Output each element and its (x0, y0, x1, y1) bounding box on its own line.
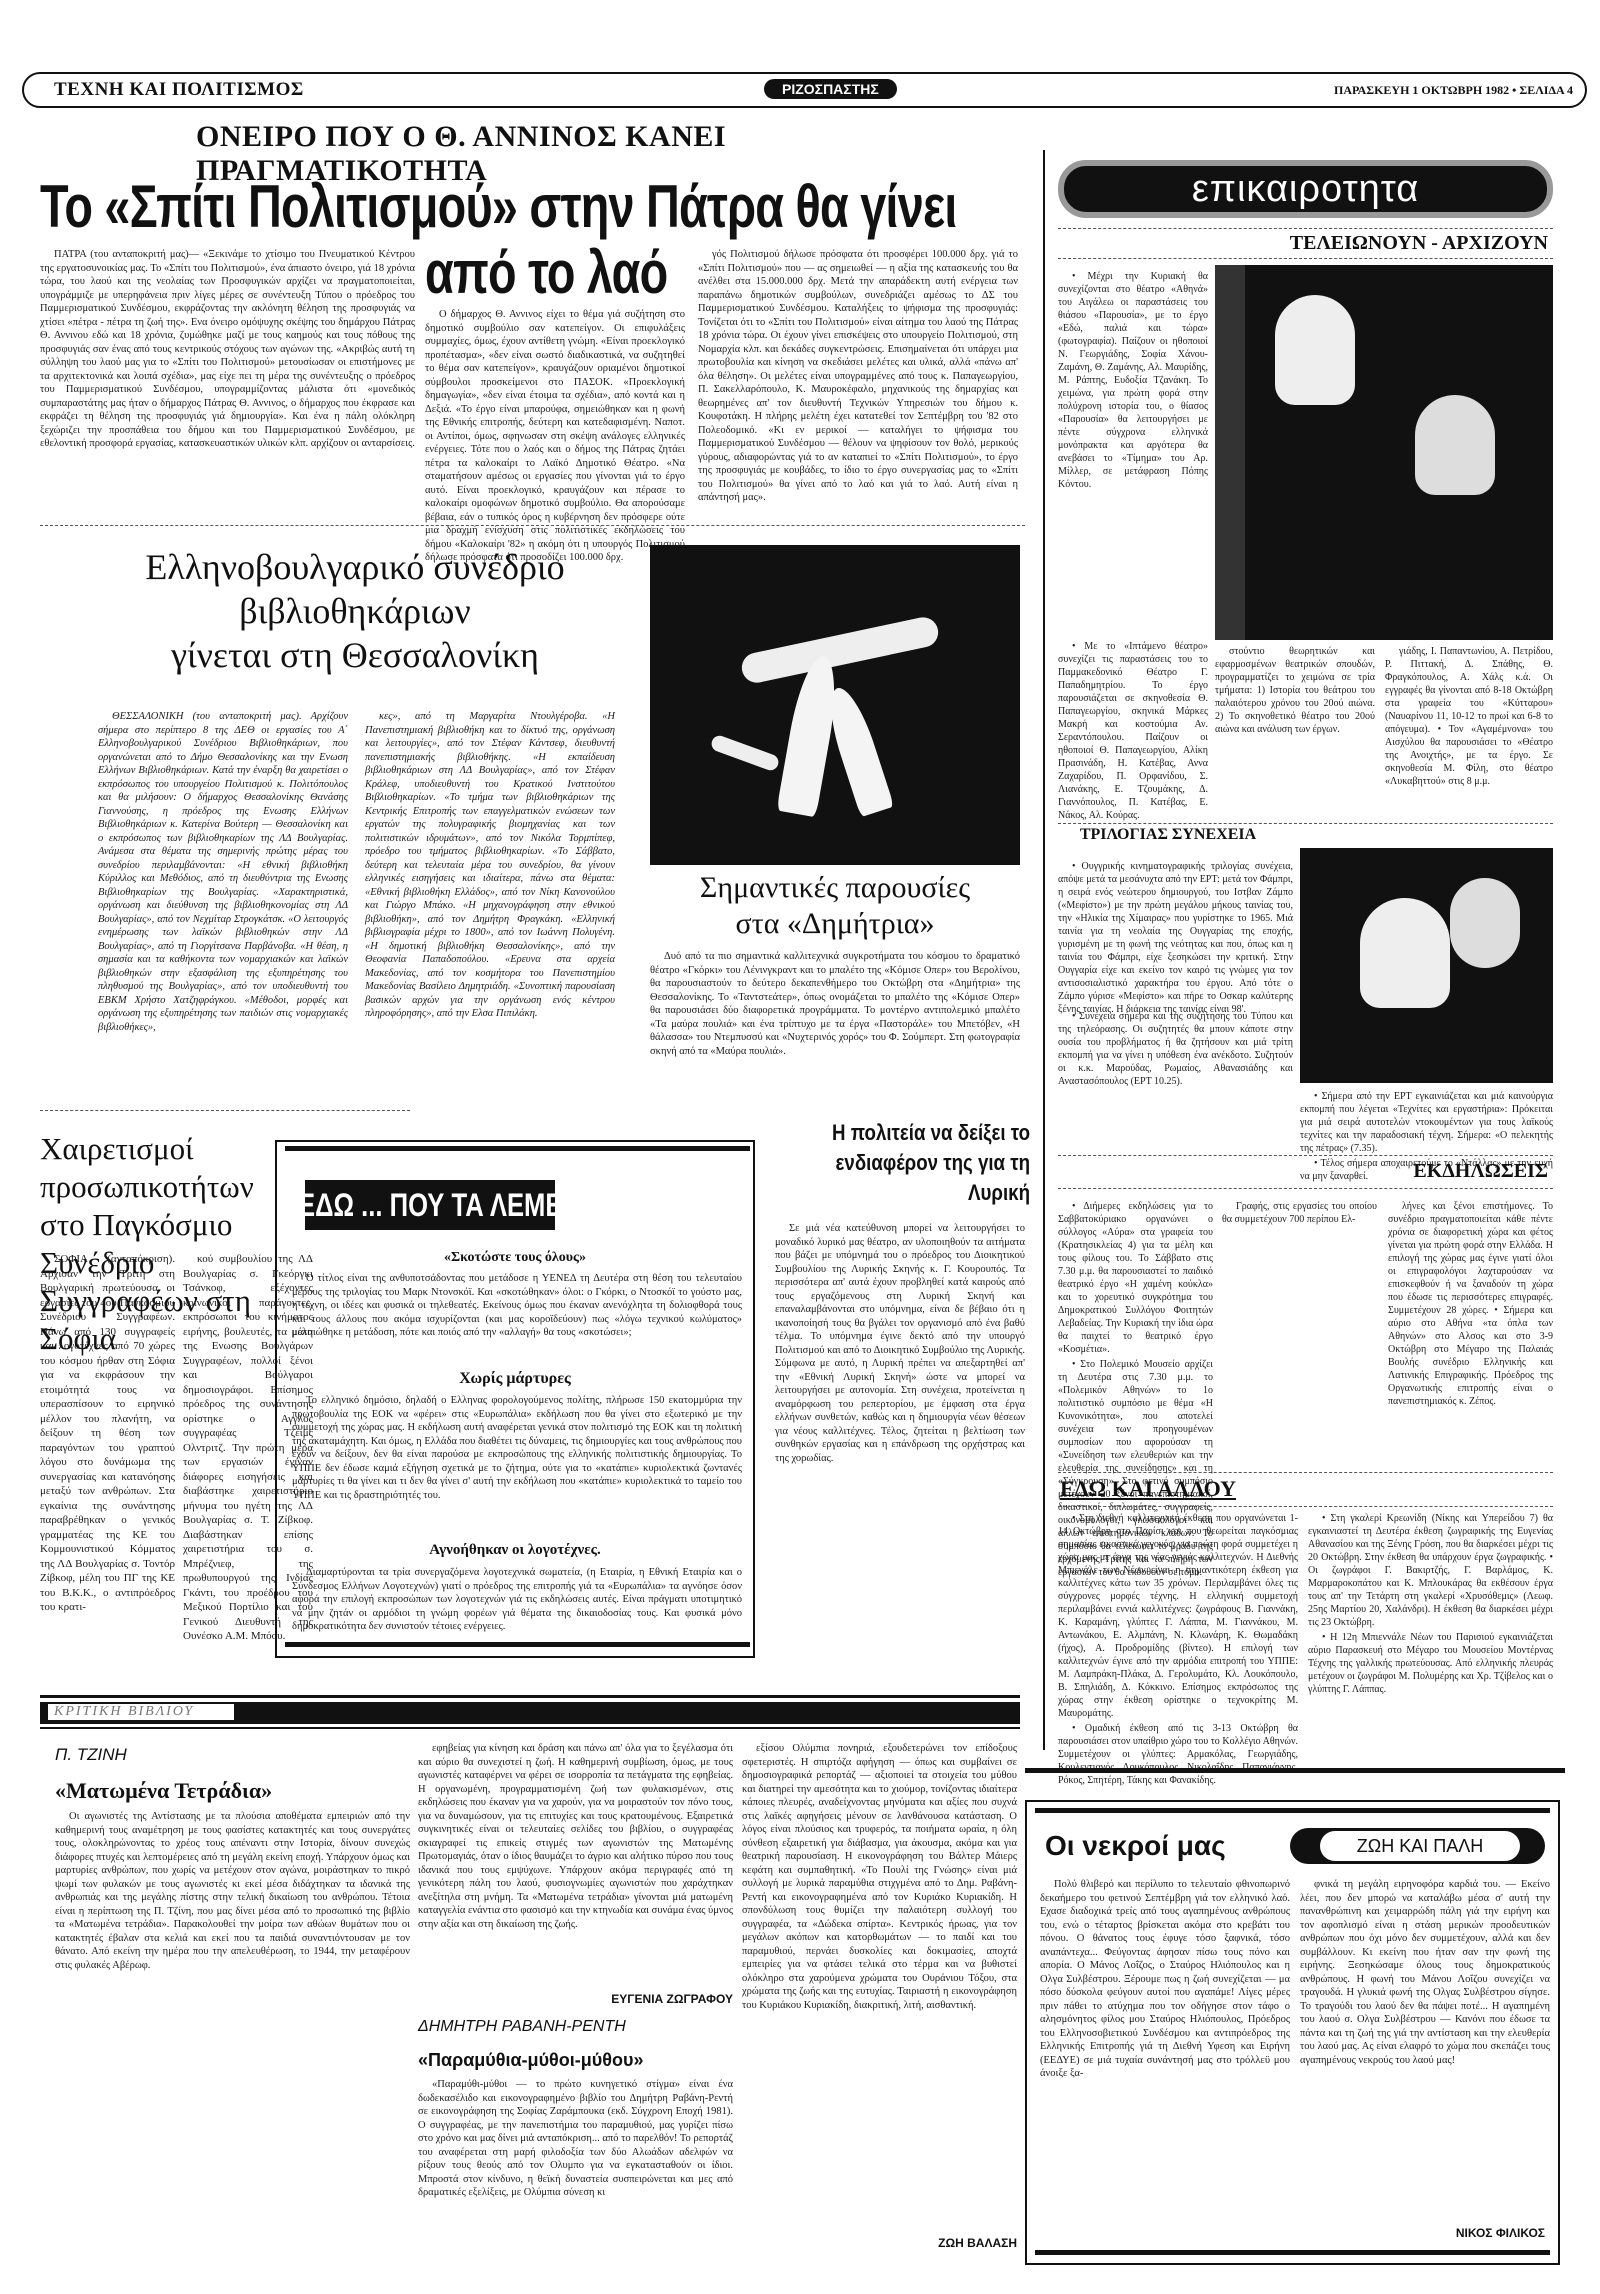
epikairotita-item-15: • Στη διεθνή καλλιτεχνική έκθεση που οργ… (1058, 1512, 1298, 1789)
newspaper-logo: ΡΙΖΟΣΠΑΣΤΗΣ (764, 79, 897, 99)
review-1-title: «Ματωμένα Τετράδια» (55, 1778, 272, 1804)
review-2-body: «Παραμύθι-μύθοι — το πρώτο κυνηγετικό στ… (418, 2078, 733, 2202)
review-2-body-continued: εξίσου Ολύμπια πονηριά, εξουδετερώνει το… (742, 1742, 1017, 2014)
bulgaria-column-2: κες», από τη Μαργαρίτα Ντουλγέροβα. «Η Π… (365, 710, 615, 1023)
divider (1058, 1155, 1553, 1156)
epikairotita-item-2: • Με το «Ιπτάμενο θέατρο» συνεχίζει τις … (1058, 640, 1208, 824)
review-2-author: ΔΗΜΗΤΡΗ ΡΑΒΑΝΗ-ΡΕΝΤΗ (418, 2018, 626, 2036)
divider (1058, 1472, 1553, 1473)
dimitria-body: Δυό από τα πιο σημαντικά καλλιτεχνικά συ… (650, 950, 1020, 1060)
date-and-page: ΠΑΡΑΣΚΕΥΗ 1 ΟΚΤΩΒΡΗ 1982 • ΣΕΛΙΔΑ 4 (1334, 83, 1573, 98)
section-title: ΤΕΧΝΗ ΚΑΙ ΠΟΛΙΤΙΣΜΟΣ (54, 79, 304, 101)
box-bottom-rule (1035, 2250, 1550, 2255)
kritiki-banner: ΚΡΙΤΙΚΗ ΒΙΒΛΙΟΥ (40, 1702, 1020, 1724)
review-1-signature: ΕΥΓΕΝΙΑ ΖΩΓΡΑΦΟΥ (418, 1992, 733, 2006)
section-heading-edo-kai-allou: ΕΔΩ ΚΑΙ ΑΛΛΟΥ (1060, 1476, 1236, 1502)
dimitria-headline: Σημαντικές παρουσίες στα «Δημήτρια» (650, 870, 1020, 942)
divider (1058, 228, 1553, 229)
epikairotita-item-7: • Ουγγρικής κινηματογραφικής τριλογίας σ… (1058, 860, 1293, 1018)
epikairotita-item-17: • Στη γκαλερί Κρεωνίδη (Νίκης και Υπερεί… (1308, 1512, 1553, 1698)
section-heading-trilogias: ΤΡΙΛΟΓΙΑΣ ΣΥΝΕΧΕΙΑ (1058, 826, 1278, 844)
divider (1058, 1188, 1553, 1189)
epikairotita-item-6: γιάδης, Ι. Παπαντωνίου, Α. Πετρίδου, Ρ. … (1385, 645, 1553, 790)
edo-subhead-3: Αγνοήθηκαν οι λογοτέχνες. (285, 1542, 745, 1559)
masthead: ΤΕΧΝΗ ΚΑΙ ΠΟΛΙΤΙΣΜΟΣ ΡΙΖΟΣΠΑΣΤΗΣ ΠΑΡΑΣΚΕ… (22, 72, 1587, 108)
lyriki-body: Σε μιά νέα κατεύθυνση μπορεί να λειτουργ… (775, 1222, 1025, 1467)
section-heading-ekdiloseis: ΕΚΔΗΛΩΣΕΙΣ (1058, 1160, 1548, 1183)
film-photo (1300, 848, 1553, 1083)
epikairotita-item-13: λήνες και ξένοι επιστήμονες. Το συνέδριο… (1388, 1200, 1553, 1410)
lead-column-2: Ο δήμαρχος Θ. Αννινος είχει το θέμα γιά … (425, 308, 685, 567)
section-heading-teleionoun: ΤΕΛΕΙΩΝΟΥΝ - ΑΡΧΙΖΟΥΝ (1058, 232, 1548, 255)
review-1-body: Οι αγωνιστές της Αντίστασης με τα πλούσι… (55, 1810, 410, 1974)
epikairotita-item-1: • Μέχρι την Κυριακή θα συνεχίζονται στο … (1058, 270, 1208, 493)
edo-body-1: Ο τίτλος είναι της ανθυποτσάδοντας που μ… (292, 1272, 742, 1342)
edo-banner: ΕΔΩ ... ΠΟΥ ΤΑ ΛΕΜΕ (305, 1180, 555, 1230)
divider (40, 1695, 1020, 1698)
box-bottom-rule (285, 1642, 750, 1647)
divider (40, 1110, 410, 1111)
epikairotita-item-5: στούντιο θεωρητικών και εφαρμοσμένων θεα… (1215, 645, 1375, 738)
lead-headline-line2: από το λαό (425, 238, 667, 307)
divider (1058, 1506, 1553, 1507)
lead-column-1: ΠΑΤΡΑ (του ανταποκριτή μας)— «Ξεκινάμε τ… (40, 248, 415, 453)
box-top-rule (1035, 1808, 1550, 1813)
review-2-signature: ΖΩΗ ΒΑΛΑΣΗ (742, 2236, 1017, 2250)
review-1-author: Π. ΤΖΙΝΗ (55, 1745, 127, 1765)
epikairotita-banner: επικαιροτητα (1058, 160, 1553, 218)
divider (40, 1727, 1020, 1729)
review-1-body-continued: εφηβείας για κίνηση και δράση και πάνω α… (418, 1742, 733, 1933)
lyriki-headline: Η πολιτεία να δείξει το ενδιαφέρον της γ… (809, 1118, 1030, 1208)
nekroi-column-2: φνικά τη μεγάλη ειρηνοφόρα καρδιά του. —… (1300, 1878, 1550, 2069)
box-top-rule (285, 1146, 750, 1151)
ballet-photo (650, 545, 1020, 865)
nekroi-column-1: Πολύ θλιβερό και περίλυπο το τελευταίο φ… (1040, 1878, 1290, 2083)
review-2-title: «Παραμύθια-μύθοι-μύθου» (418, 2050, 643, 2071)
edo-body-2: Το ελληνικό δημόσιο, δηλαδή ο Ελληνας φο… (292, 1394, 742, 1504)
bulgaria-column-1: ΘΕΣΣΑΛΟΝΙΚΗ (του ανταποκριτή μας). Αρχίζ… (98, 710, 348, 1036)
column-rule (1043, 150, 1045, 1750)
edo-subhead-2: Χωρίς μάρτυρες (285, 1370, 745, 1388)
divider (1025, 1768, 1565, 1773)
divider (1058, 823, 1553, 824)
epikairotita-item-8: • Συνέχεια σήμερα και της συζήτησης του … (1058, 1010, 1293, 1090)
bulgaria-headline: Ελληνοβουλγαρικό συνέδριο βιβλιοθηκάριων… (75, 545, 635, 677)
nekroi-headline: Οι νεκροί μας (1045, 1830, 1226, 1862)
divider (40, 525, 1025, 526)
divider (1058, 258, 1553, 259)
sofia-column-1: ΣΟΦΙΑ (ανταπόκριση). Αρχισαν την Τρίτη σ… (40, 1252, 175, 1617)
edo-subhead-1: «Σκοτώστε τους όλους» (285, 1250, 745, 1266)
edo-body-3: Διαμαρτύρονται τα τρία συνεργαζόμενα λογ… (292, 1566, 742, 1636)
theatre-photo (1215, 265, 1553, 640)
epikairotita-item-14: Γραφής, στις εργασίες του οποίου θα συμμ… (1222, 1200, 1377, 1228)
lead-headline-line1: Το «Σπίτι Πολιτισμού» στην Πάτρα θα γίνε… (40, 172, 957, 241)
nekroi-signature: ΝΙΚΟΣ ΦΙΛΙΚΟΣ (1300, 2226, 1545, 2240)
zoi-kai-pali-badge: ΖΩΗ ΚΑΙ ΠΑΛΗ (1290, 1828, 1545, 1864)
lead-column-3: γός Πολιτισμού δήλωσε πρόσφατα ότι προσφ… (698, 248, 1018, 507)
